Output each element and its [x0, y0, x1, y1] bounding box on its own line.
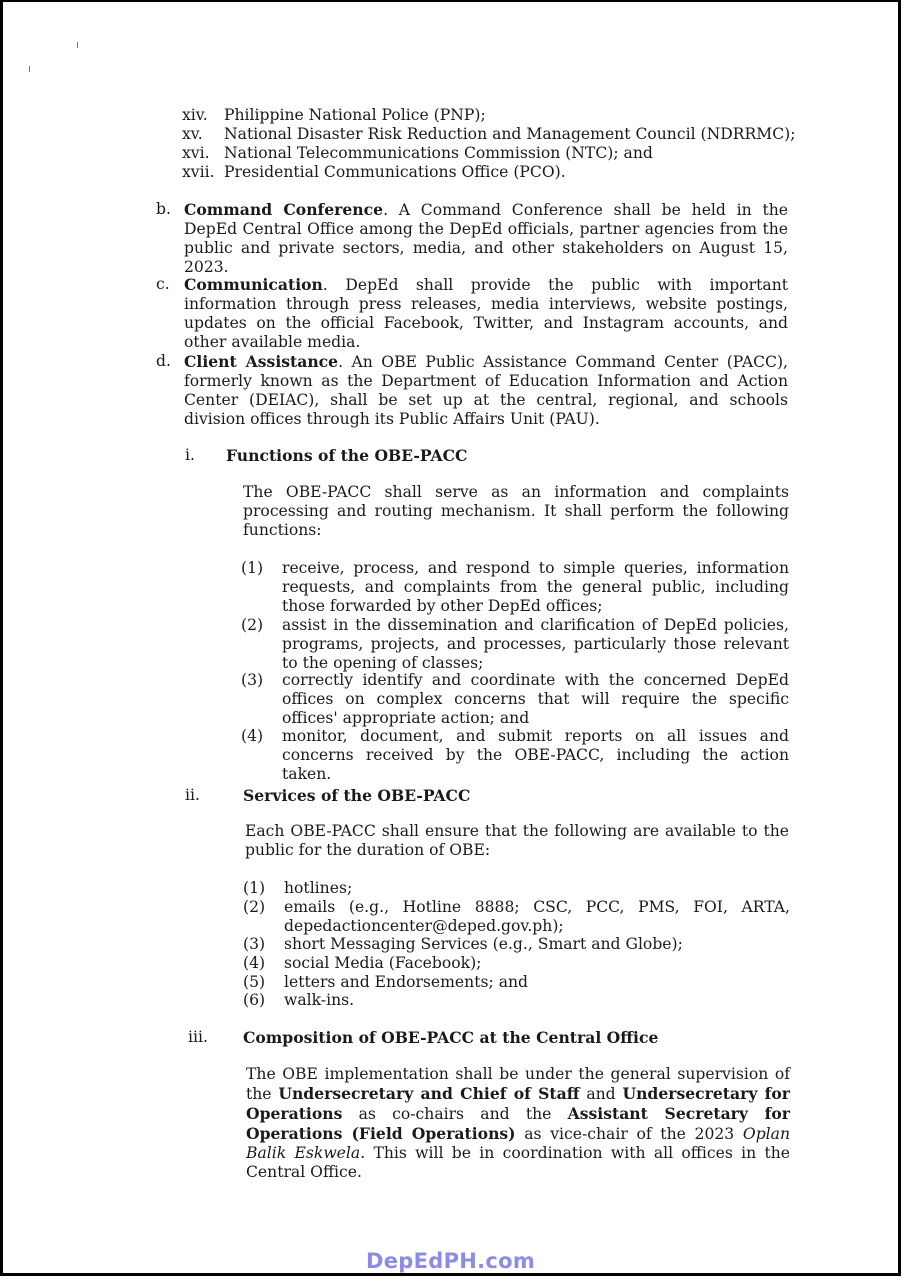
scan-speck	[77, 42, 78, 48]
item-number: (5)	[243, 973, 265, 992]
list-item: social Media (Facebook);	[284, 954, 791, 973]
item-number: (4)	[243, 954, 265, 973]
subsection-body: The OBE implementation shall be under th…	[246, 1065, 790, 1182]
item-number: xv.	[182, 125, 224, 144]
list-item: emails (e.g., Hotline 8888; CSC, PCC, PM…	[284, 898, 790, 936]
subsection-number: iii.	[188, 1028, 208, 1047]
item-number: xvii.	[182, 163, 224, 182]
list-item: walk-ins.	[284, 991, 791, 1010]
section-heading: Client Assistance	[184, 352, 338, 371]
subsection-title: Functions of the OBE-PACC	[226, 446, 467, 465]
item-number: xvi.	[182, 144, 224, 163]
section-body: Client Assistance. An OBE Public Assista…	[184, 352, 788, 429]
subsection-title: Composition of OBE-PACC at the Central O…	[243, 1028, 658, 1047]
list-item: xiv.Philippine National Police (PNP);	[182, 106, 486, 125]
item-number: (3)	[243, 935, 265, 954]
subsection-title: Services of the OBE-PACC	[243, 786, 470, 805]
section-letter: d.	[156, 352, 186, 371]
item-number: xiv.	[182, 106, 224, 125]
subsection-number: ii.	[185, 786, 200, 805]
item-text: National Telecommunications Commission (…	[224, 144, 653, 162]
subsection-number: i.	[185, 446, 195, 465]
list-item: receive, process, and respond to simple …	[282, 559, 789, 616]
body-text: as vice-chair of the 2023	[516, 1125, 743, 1143]
section-body: Communication. DepEd shall provide the p…	[184, 275, 788, 352]
body-text: as co-chairs and the	[342, 1105, 567, 1123]
section-heading: Communication	[184, 275, 323, 294]
item-text: Presidential Communications Office (PCO)…	[224, 163, 566, 181]
item-number: (1)	[241, 559, 263, 578]
item-number: (2)	[243, 898, 265, 917]
item-number: (4)	[241, 727, 263, 746]
section-heading: Command Conference	[184, 200, 383, 219]
subsection-intro: Each OBE-PACC shall ensure that the foll…	[245, 822, 789, 860]
item-number: (1)	[243, 879, 265, 898]
list-item: monitor, document, and submit reports on…	[282, 727, 789, 784]
list-item: xvi.National Telecommunications Commissi…	[182, 144, 653, 163]
list-item: hotlines;	[284, 879, 791, 898]
list-item: correctly identify and coordinate with t…	[282, 671, 789, 728]
item-number: (3)	[241, 671, 263, 690]
body-text: and	[580, 1085, 623, 1103]
section-letter: c.	[156, 275, 186, 294]
list-item: xvii.Presidential Communications Office …	[182, 163, 566, 182]
list-item: letters and Endorsements; and	[284, 973, 791, 992]
scan-speck	[29, 66, 30, 72]
subsection-intro: The OBE-PACC shall serve as an informati…	[243, 483, 789, 540]
item-text: Philippine National Police (PNP);	[224, 106, 486, 124]
list-item: assist in the dissemination and clarific…	[282, 616, 789, 673]
item-number: (6)	[243, 991, 265, 1010]
section-letter: b.	[156, 200, 186, 219]
role-name: Undersecretary and Chief of Staff	[278, 1084, 579, 1103]
watermark: DepEdPH.com	[366, 1249, 535, 1273]
list-item: xv.National Disaster Risk Reduction and …	[182, 125, 795, 144]
item-number: (2)	[241, 616, 263, 635]
item-text: National Disaster Risk Reduction and Man…	[224, 125, 795, 143]
section-body: Command Conference. A Command Conference…	[184, 200, 788, 277]
list-item: short Messaging Services (e.g., Smart an…	[284, 935, 791, 954]
